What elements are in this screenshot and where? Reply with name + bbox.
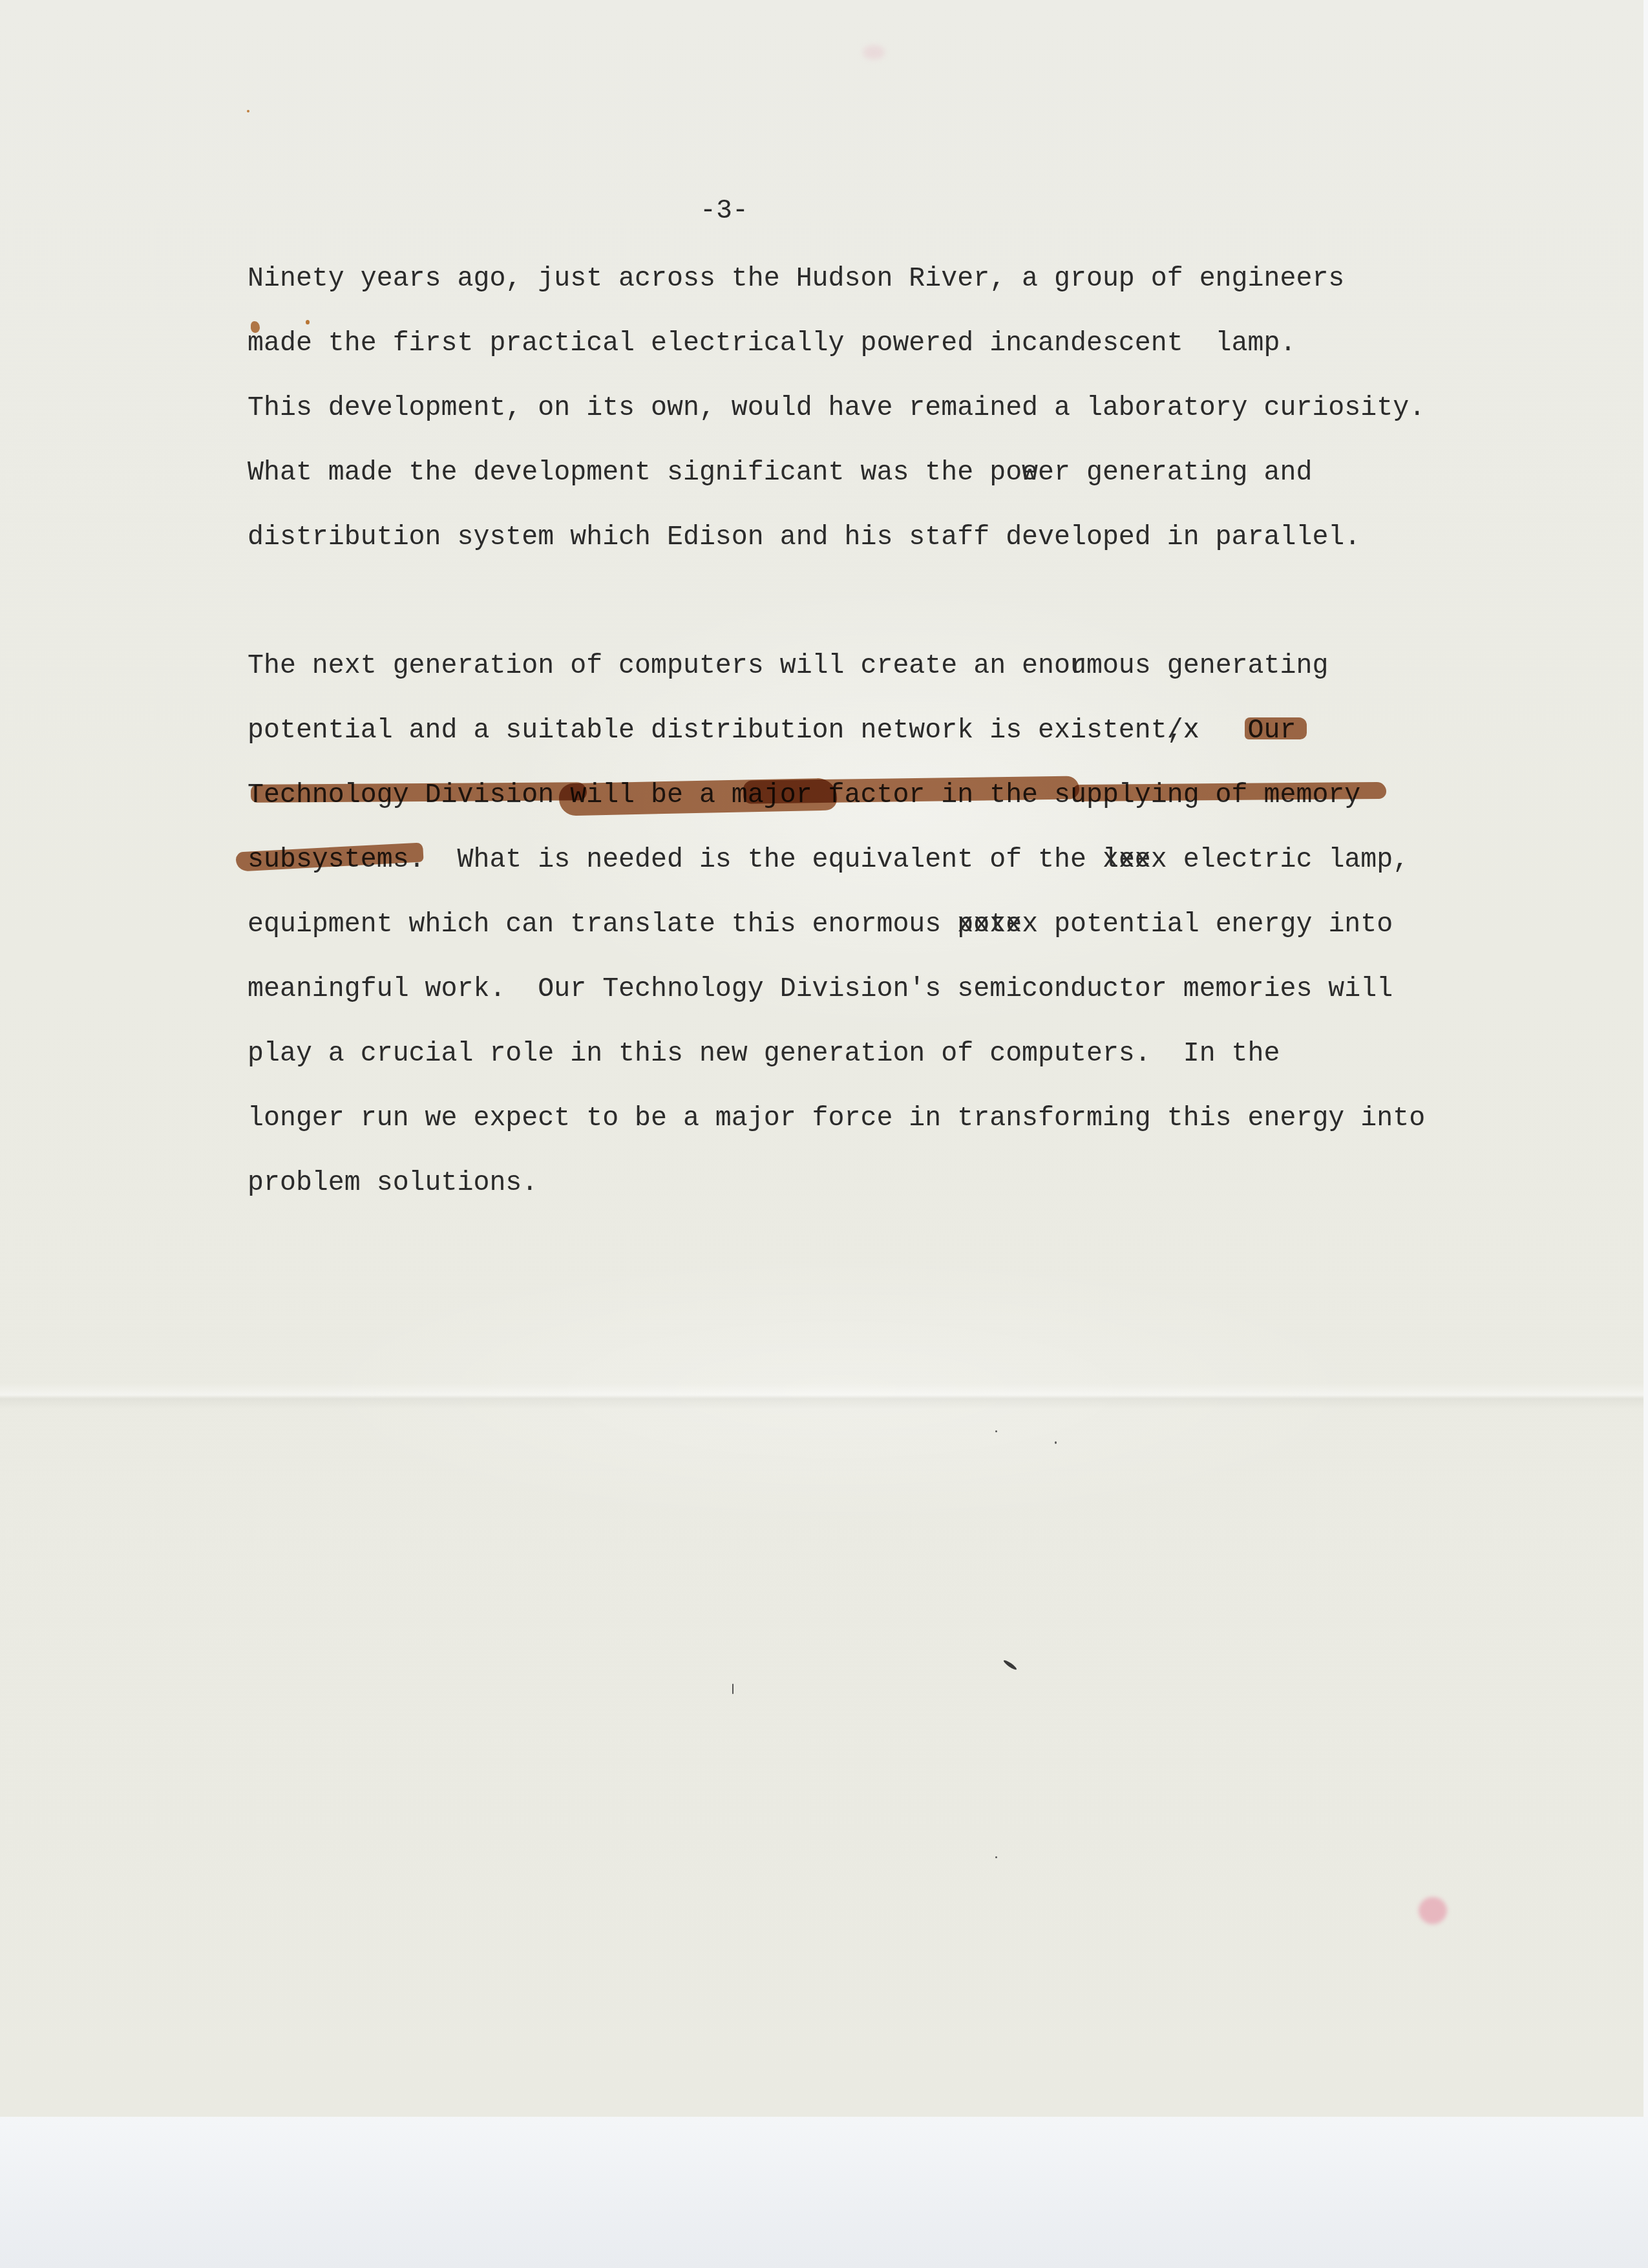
redaction-marker-line [251,782,587,803]
typed-line: subsystems. What is needed is the equiva… [248,828,1425,893]
paragraph-1: Ninety years ago, just across the Hudson… [248,247,1425,570]
typed-line: This development, on its own, would have… [248,376,1425,441]
pink-stain [1419,1897,1447,1924]
ink-speck [995,1430,997,1432]
typed-line: distribution system which Edison and his… [248,505,1425,570]
overtyped-char: ex [1135,828,1151,893]
typed-line: equipment which can translate this enorm… [248,893,1425,957]
overtyped-char: ex [1119,828,1135,893]
redaction-marker-line [1073,782,1386,801]
overtyped-char: xx [1183,699,1199,763]
redaction-marker-line [743,776,1079,803]
typed-line: made the first practical electrically po… [248,312,1425,376]
scanner-bed [0,2117,1648,2268]
overtyped-char: ,/ [1167,699,1183,763]
rust-dot [247,110,249,112]
overtyped-char: ox [973,893,989,957]
paper-crease [0,1383,1643,1409]
typed-line: meaningful work. Our Technology Division… [248,957,1425,1022]
typed-line: longer run we expect to be a major force… [248,1086,1425,1151]
overtyped-char: px [957,893,973,957]
page-number: -3- [700,179,748,244]
scanner-edge [1643,0,1648,2117]
redaction-marker-our [1245,717,1307,739]
ink-speck [732,1684,734,1694]
ink-speck [995,1856,997,1858]
pink-stain-faint [863,45,885,59]
ink-speck [1055,1441,1057,1444]
overtyped-char: tx [989,893,1006,957]
typed-line: What made the development significant wa… [248,441,1425,505]
overtyped-char: ex [1006,893,1022,957]
typed-line: play a crucial role in this new generati… [248,1022,1425,1086]
overtyped-char: lx [1103,828,1119,893]
typed-line: The next generation of computers will cr… [248,634,1425,699]
overtyped-char: ew [1022,441,1038,505]
overtyped-char: ur [1070,634,1086,699]
typed-line: problem solutions. [248,1151,1425,1216]
typed-line: Ninety years ago, just across the Hudson… [248,247,1425,312]
